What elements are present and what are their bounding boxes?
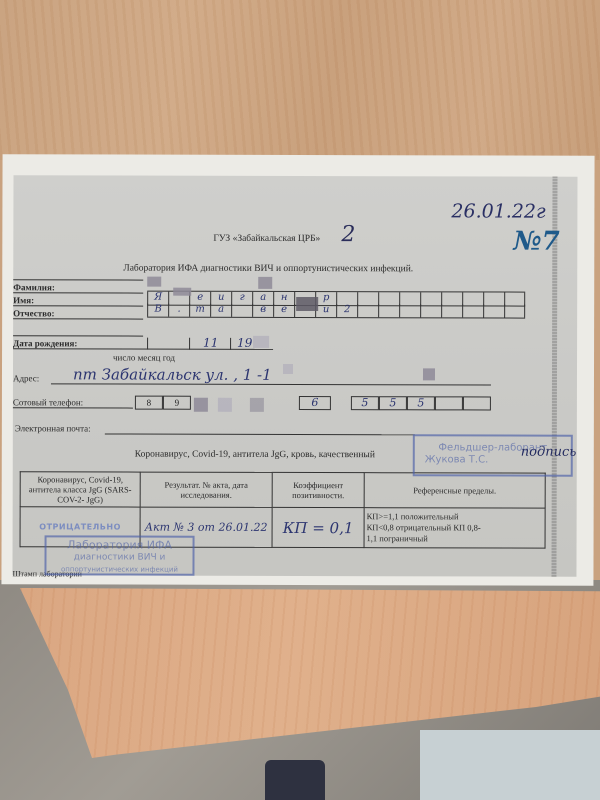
letter-cell [483,304,504,317]
lab-stamp: Лаборатория ИФА диагностики ВИЧ и оппорт… [44,535,194,575]
redaction-blur [258,277,272,289]
dob-month: 11 [203,336,218,350]
institution-handwritten-mark: 2 [341,222,355,247]
letter-cell: т [189,304,210,317]
divider [13,279,143,280]
phone-digit-cell: 9 [163,396,191,410]
redaction-blur [194,398,208,412]
letter-cell [504,305,525,318]
redaction-blur [296,297,318,311]
institution-name: ГУЗ «Забайкальская ЦРБ» [213,234,320,244]
reference-line: КП>=1,1 положительный [367,511,543,522]
address-label: Адрес: [13,373,39,383]
patronymic-label: Отчество: [13,308,54,318]
letter-cell [399,304,420,317]
redaction-blur [218,398,232,412]
letter-cell [441,304,462,317]
header-result: Результат. № акта, дата исследования. [140,472,272,507]
letter-cell: и [315,304,336,317]
shoe-background [265,760,325,800]
divider [13,335,143,336]
divider [189,338,190,350]
divider [13,292,143,293]
dob-underline [13,348,273,350]
letter-cell [378,304,399,317]
letter-cell [357,304,378,317]
letter-cell: . [168,304,189,317]
signature: подпись [521,445,577,460]
handwritten-date: 26.01.22г [451,200,545,222]
dob-label: Дата рождения: [13,338,77,348]
reference-line: КП<0,8 отрицательный КП 0,8- [367,522,543,533]
phone-digit-cell: 8 [135,396,163,410]
redaction-blur [253,336,269,348]
laboratory-name: Лаборатория ИФА диагностики ВИЧ и оппорт… [123,264,413,275]
handwritten-number: №7 [513,227,559,257]
header-coefficient: Коэффициент позитивности. [272,472,364,507]
positivity-coefficient: КП = 0,1 [272,507,364,547]
patronymic-letter-grid: В . т а в е и 2 [147,304,525,319]
scanned-sheet: 26.01.22г №7 ГУЗ «Забайкальская ЦРБ» 2 Л… [12,175,577,576]
divider [13,318,143,319]
dob-caption: число месяц год [113,353,175,363]
letter-cell: в [252,304,273,317]
redaction-blur [147,277,161,287]
lab-stamp-line2: диагностики ВИЧ и [46,551,192,563]
redaction-blur [423,368,435,380]
redaction-blur [283,364,293,374]
wooden-table-background [0,0,600,160]
reference-line: 1,1 пограничный [367,533,543,544]
surname-label: Фамилия: [13,282,55,292]
phone-label: Сотовый телефон: [13,397,83,407]
letter-cell: В [147,304,168,317]
lab-stamp-line1: Лаборатория ИФА [47,539,193,551]
name-label: Имя: [13,295,34,305]
letter-cell: 2 [336,304,357,317]
phone-digit-cell: 5 [407,396,435,410]
reference-ranges: КП>=1,1 положительный КП<0,8 отрицательн… [364,508,545,548]
lab-result-document: 26.01.22г №7 ГУЗ «Забайкальская ЦРБ» 2 Л… [1,154,594,586]
wall-background [420,730,600,800]
letter-cell [420,304,441,317]
header-reference: Референсные пределы. [364,473,545,508]
test-title: Коронавирус, Covid-19, антитела JgG, кро… [135,450,375,461]
dob-year: 19 [237,336,252,350]
phone-digit-cell: 6 [299,396,331,410]
email-label: Электронная почта: [15,423,91,433]
redaction-blur [250,398,264,412]
phone-digit-cell: 5 [351,396,379,410]
divider [13,305,143,306]
letter-cell [462,304,483,317]
phone-digit-cell [463,396,491,410]
divider [230,338,231,350]
divider [13,407,133,408]
divider [147,338,148,350]
table-header-row: Коронавирус, Covid-19, антитела класса J… [20,472,545,508]
letter-cell [231,304,252,317]
phone-digit-cell [435,396,463,410]
header-test: Коронавирус, Covid-19, антитела класса J… [20,472,140,507]
phone-digit-cell: 5 [379,396,407,410]
letter-cell: е [273,304,294,317]
redaction-blur [173,288,191,296]
address-value: пт Забайкальск ул. , 1 -1 [73,365,272,384]
lab-stamp-line3: оппортунистических инфекций [46,563,192,575]
email-underline [105,433,415,435]
letter-cell: а [210,304,231,317]
